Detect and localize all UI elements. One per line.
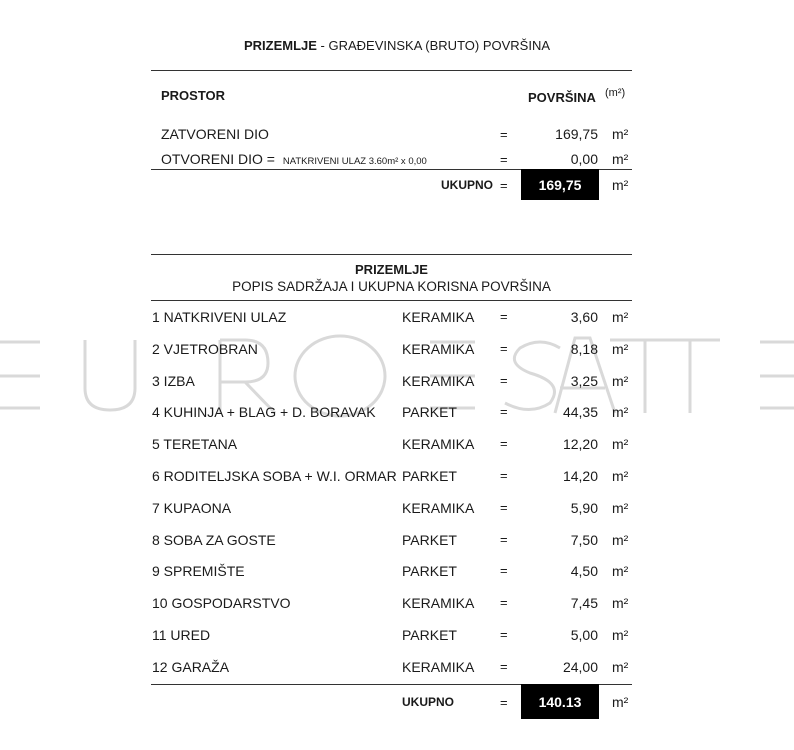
- table-row: 1 NATKRIVENI ULAZKERAMIKA=3,60m²: [0, 309, 794, 329]
- room-equals: =: [500, 373, 508, 388]
- row-label: ZATVORENI DIO: [161, 126, 269, 142]
- divider-line: [151, 300, 632, 301]
- total-label: UKUPNO: [402, 695, 454, 709]
- table-row: 3 IZBAKERAMIKA=3,25m²: [0, 373, 794, 393]
- room-area-unit: m²: [612, 309, 628, 325]
- room-area-unit: m²: [612, 532, 628, 548]
- table-row: 4 KUHINJA + BLAG + D. BORAVAKPARKET=44,3…: [0, 404, 794, 424]
- room-material: PARKET: [402, 563, 457, 579]
- room-material: PARKET: [402, 404, 457, 420]
- room-area-unit: m²: [612, 563, 628, 579]
- room-area-value: 5,00: [508, 627, 598, 643]
- room-area-unit: m²: [612, 627, 628, 643]
- room-area-value: 3,60: [508, 309, 598, 325]
- table-row: 11 UREDPARKET=5,00m²: [0, 627, 794, 647]
- room-equals: =: [500, 627, 508, 642]
- room-name: 12 GARAŽA: [152, 659, 229, 675]
- room-area-value: 7,50: [508, 532, 598, 548]
- table-row: 6 RODITELJSKA SOBA + W.I. ORMARPARKET=14…: [0, 468, 794, 488]
- total-value-box: 169,75: [521, 169, 599, 200]
- section2-title: PRIZEMLJE: [151, 262, 632, 277]
- room-name: 11 URED: [152, 627, 210, 643]
- row-equals: =: [500, 152, 508, 167]
- room-area-value: 5,90: [508, 500, 598, 516]
- room-area-unit: m²: [612, 659, 628, 675]
- room-equals: =: [500, 309, 508, 324]
- room-name: 7 KUPAONA: [152, 500, 231, 516]
- room-material: KERAMIKA: [402, 309, 474, 325]
- room-area-unit: m²: [612, 373, 628, 389]
- room-name: 10 GOSPODARSTVO: [152, 595, 290, 611]
- row-unit: m²: [612, 151, 628, 167]
- room-material: PARKET: [402, 627, 457, 643]
- total-unit: m²: [612, 177, 628, 193]
- room-name: 1 NATKRIVENI ULAZ: [152, 309, 286, 325]
- room-material: KERAMIKA: [402, 659, 474, 675]
- total-value-box: 140.13: [521, 684, 599, 719]
- room-area-unit: m²: [612, 500, 628, 516]
- room-name: 6 RODITELJSKA SOBA + W.I. ORMAR: [152, 468, 397, 484]
- room-equals: =: [500, 563, 508, 578]
- room-name: 3 IZBA: [152, 373, 195, 389]
- table-row: 5 TERETANAKERAMIKA=12,20m²: [0, 436, 794, 456]
- total-unit: m²: [612, 694, 628, 710]
- room-material: KERAMIKA: [402, 341, 474, 357]
- room-equals: =: [500, 532, 508, 547]
- room-area-unit: m²: [612, 341, 628, 357]
- table-row: 9 SPREMIŠTEPARKET=4,50m²: [0, 563, 794, 583]
- column-header-povrsina: POVRŠINA: [528, 90, 596, 105]
- table-row: 10 GOSPODARSTVOKERAMIKA=7,45m²: [0, 595, 794, 615]
- room-equals: =: [500, 468, 508, 483]
- room-area-value: 3,25: [508, 373, 598, 389]
- row-equals: =: [500, 127, 508, 142]
- column-header-prostor: PROSTOR: [161, 88, 225, 103]
- table-row: 2 VJETROBRANKERAMIKA=8,18m²: [0, 341, 794, 361]
- room-name: 5 TERETANA: [152, 436, 237, 452]
- room-equals: =: [500, 659, 508, 674]
- room-area-value: 4,50: [508, 563, 598, 579]
- table-row: 8 SOBA ZA GOSTEPARKET=7,50m²: [0, 532, 794, 552]
- room-area-value: 14,20: [508, 468, 598, 484]
- room-material: PARKET: [402, 532, 457, 548]
- room-material: KERAMIKA: [402, 373, 474, 389]
- room-area-value: 8,18: [508, 341, 598, 357]
- room-equals: =: [500, 595, 508, 610]
- divider-line: [151, 70, 632, 71]
- room-name: 4 KUHINJA + BLAG + D. BORAVAK: [152, 404, 376, 420]
- room-material: KERAMIKA: [402, 436, 474, 452]
- row-value: 169,75: [508, 126, 598, 142]
- room-area-value: 24,00: [508, 659, 598, 675]
- room-equals: =: [500, 500, 508, 515]
- total-label: UKUPNO: [441, 178, 493, 192]
- room-area-value: 12,20: [508, 436, 598, 452]
- table-row: 7 KUPAONAKERAMIKA=5,90m²: [0, 500, 794, 520]
- room-material: KERAMIKA: [402, 500, 474, 516]
- row-label-main: OTVORENI DIO =: [161, 151, 275, 167]
- watermark-logo: [0, 318, 794, 418]
- total-equals: =: [500, 178, 508, 193]
- room-name: 9 SPREMIŠTE: [152, 563, 245, 579]
- room-area-unit: m²: [612, 436, 628, 452]
- room-name: 8 SOBA ZA GOSTE: [152, 532, 276, 548]
- room-area-unit: m²: [612, 404, 628, 420]
- table-row: 12 GARAŽAKERAMIKA=24,00m²: [0, 659, 794, 679]
- room-area-unit: m²: [612, 595, 628, 611]
- section1-title-bold: PRIZEMLJE: [244, 38, 317, 53]
- row-value: 0,00: [508, 151, 598, 167]
- room-equals: =: [500, 404, 508, 419]
- room-material: KERAMIKA: [402, 595, 474, 611]
- room-name: 2 VJETROBRAN: [152, 341, 258, 357]
- row-label: OTVORENI DIO = NATKRIVENI ULAZ 3.60m² x …: [161, 151, 427, 167]
- room-material: PARKET: [402, 468, 457, 484]
- total-equals: =: [500, 695, 508, 710]
- section2-subtitle: POPIS SADRŽAJA I UKUPNA KORISNA POVRŠINA: [151, 279, 632, 294]
- section1-title: PRIZEMLJE - GRAĐEVINSKA (BRUTO) POVRŠINA: [0, 38, 794, 53]
- row-unit: m²: [612, 126, 628, 142]
- divider-line: [151, 254, 632, 255]
- room-area-unit: m²: [612, 468, 628, 484]
- room-equals: =: [500, 436, 508, 451]
- section1-title-rest: - GRAĐEVINSKA (BRUTO) POVRŠINA: [317, 38, 550, 53]
- room-area-value: 7,45: [508, 595, 598, 611]
- column-header-unit: (m²): [605, 87, 625, 99]
- room-equals: =: [500, 341, 508, 356]
- room-area-value: 44,35: [508, 404, 598, 420]
- row-note: NATKRIVENI ULAZ 3.60m² x 0,00: [283, 156, 427, 167]
